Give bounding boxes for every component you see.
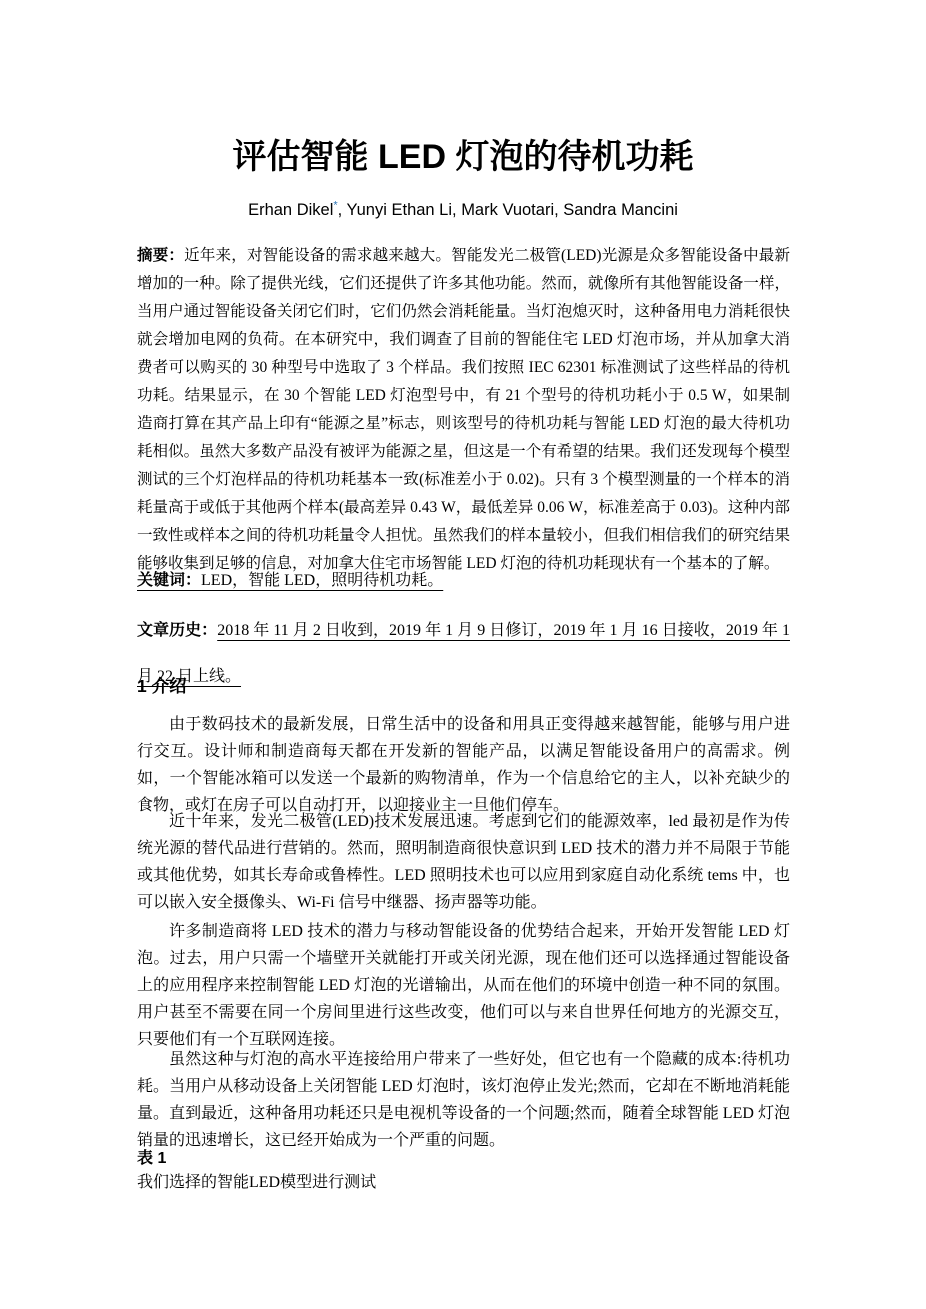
abstract-label: 摘要： [137,247,184,264]
intro-paragraph-1: 由于数码技术的最新发展，日常生活中的设备和用具正变得越来越智能，能够与用户进行交… [137,711,790,819]
section-heading-introduction: 1 介绍 [137,674,790,698]
intro-paragraph-4: 虽然这种与灯泡的高水平连接给用户带来了一些好处，但它也有一个隐藏的成本:待机功耗… [137,1046,790,1154]
table1-label: 表 1 [137,1148,790,1170]
keywords-label: 关键词： [137,572,201,589]
abstract-paragraph: 摘要：近年来，对智能设备的需求越来越大。智能发光二极管(LED)光源是众多智能设… [137,242,790,578]
document-page: 评估智能 LED 灯泡的待机功耗 Erhan Dikel*, Yunyi Eth… [0,0,926,1309]
keywords-text: LED，智能 LED，照明待机功耗。 [201,572,443,589]
abstract-text: 近年来，对智能设备的需求越来越大。智能发光二极管(LED)光源是众多智能设备中最… [137,247,790,572]
author-first: Erhan Dikel [248,201,333,219]
authors-rest: , Yunyi Ethan Li, Mark Vuotari, Sandra M… [338,201,678,219]
table1-caption: 我们选择的智能LED模型进行测试 [137,1171,790,1195]
intro-paragraph-3: 许多制造商将 LED 技术的潜力与移动智能设备的优势结合起来，开始开发智能 LE… [137,918,790,1053]
paper-title: 评估智能 LED 灯泡的待机功耗 [0,134,926,180]
authors-line: Erhan Dikel*, Yunyi Ethan Li, Mark Vuota… [0,198,926,222]
article-history-label: 文章历史： [137,622,217,639]
keywords-line: 关键词：LED，智能 LED，照明待机功耗。 [137,567,790,595]
intro-paragraph-2: 近十年来，发光二极管(LED)技术发展迅速。考虑到它们的能源效率，led 最初是… [137,808,790,916]
